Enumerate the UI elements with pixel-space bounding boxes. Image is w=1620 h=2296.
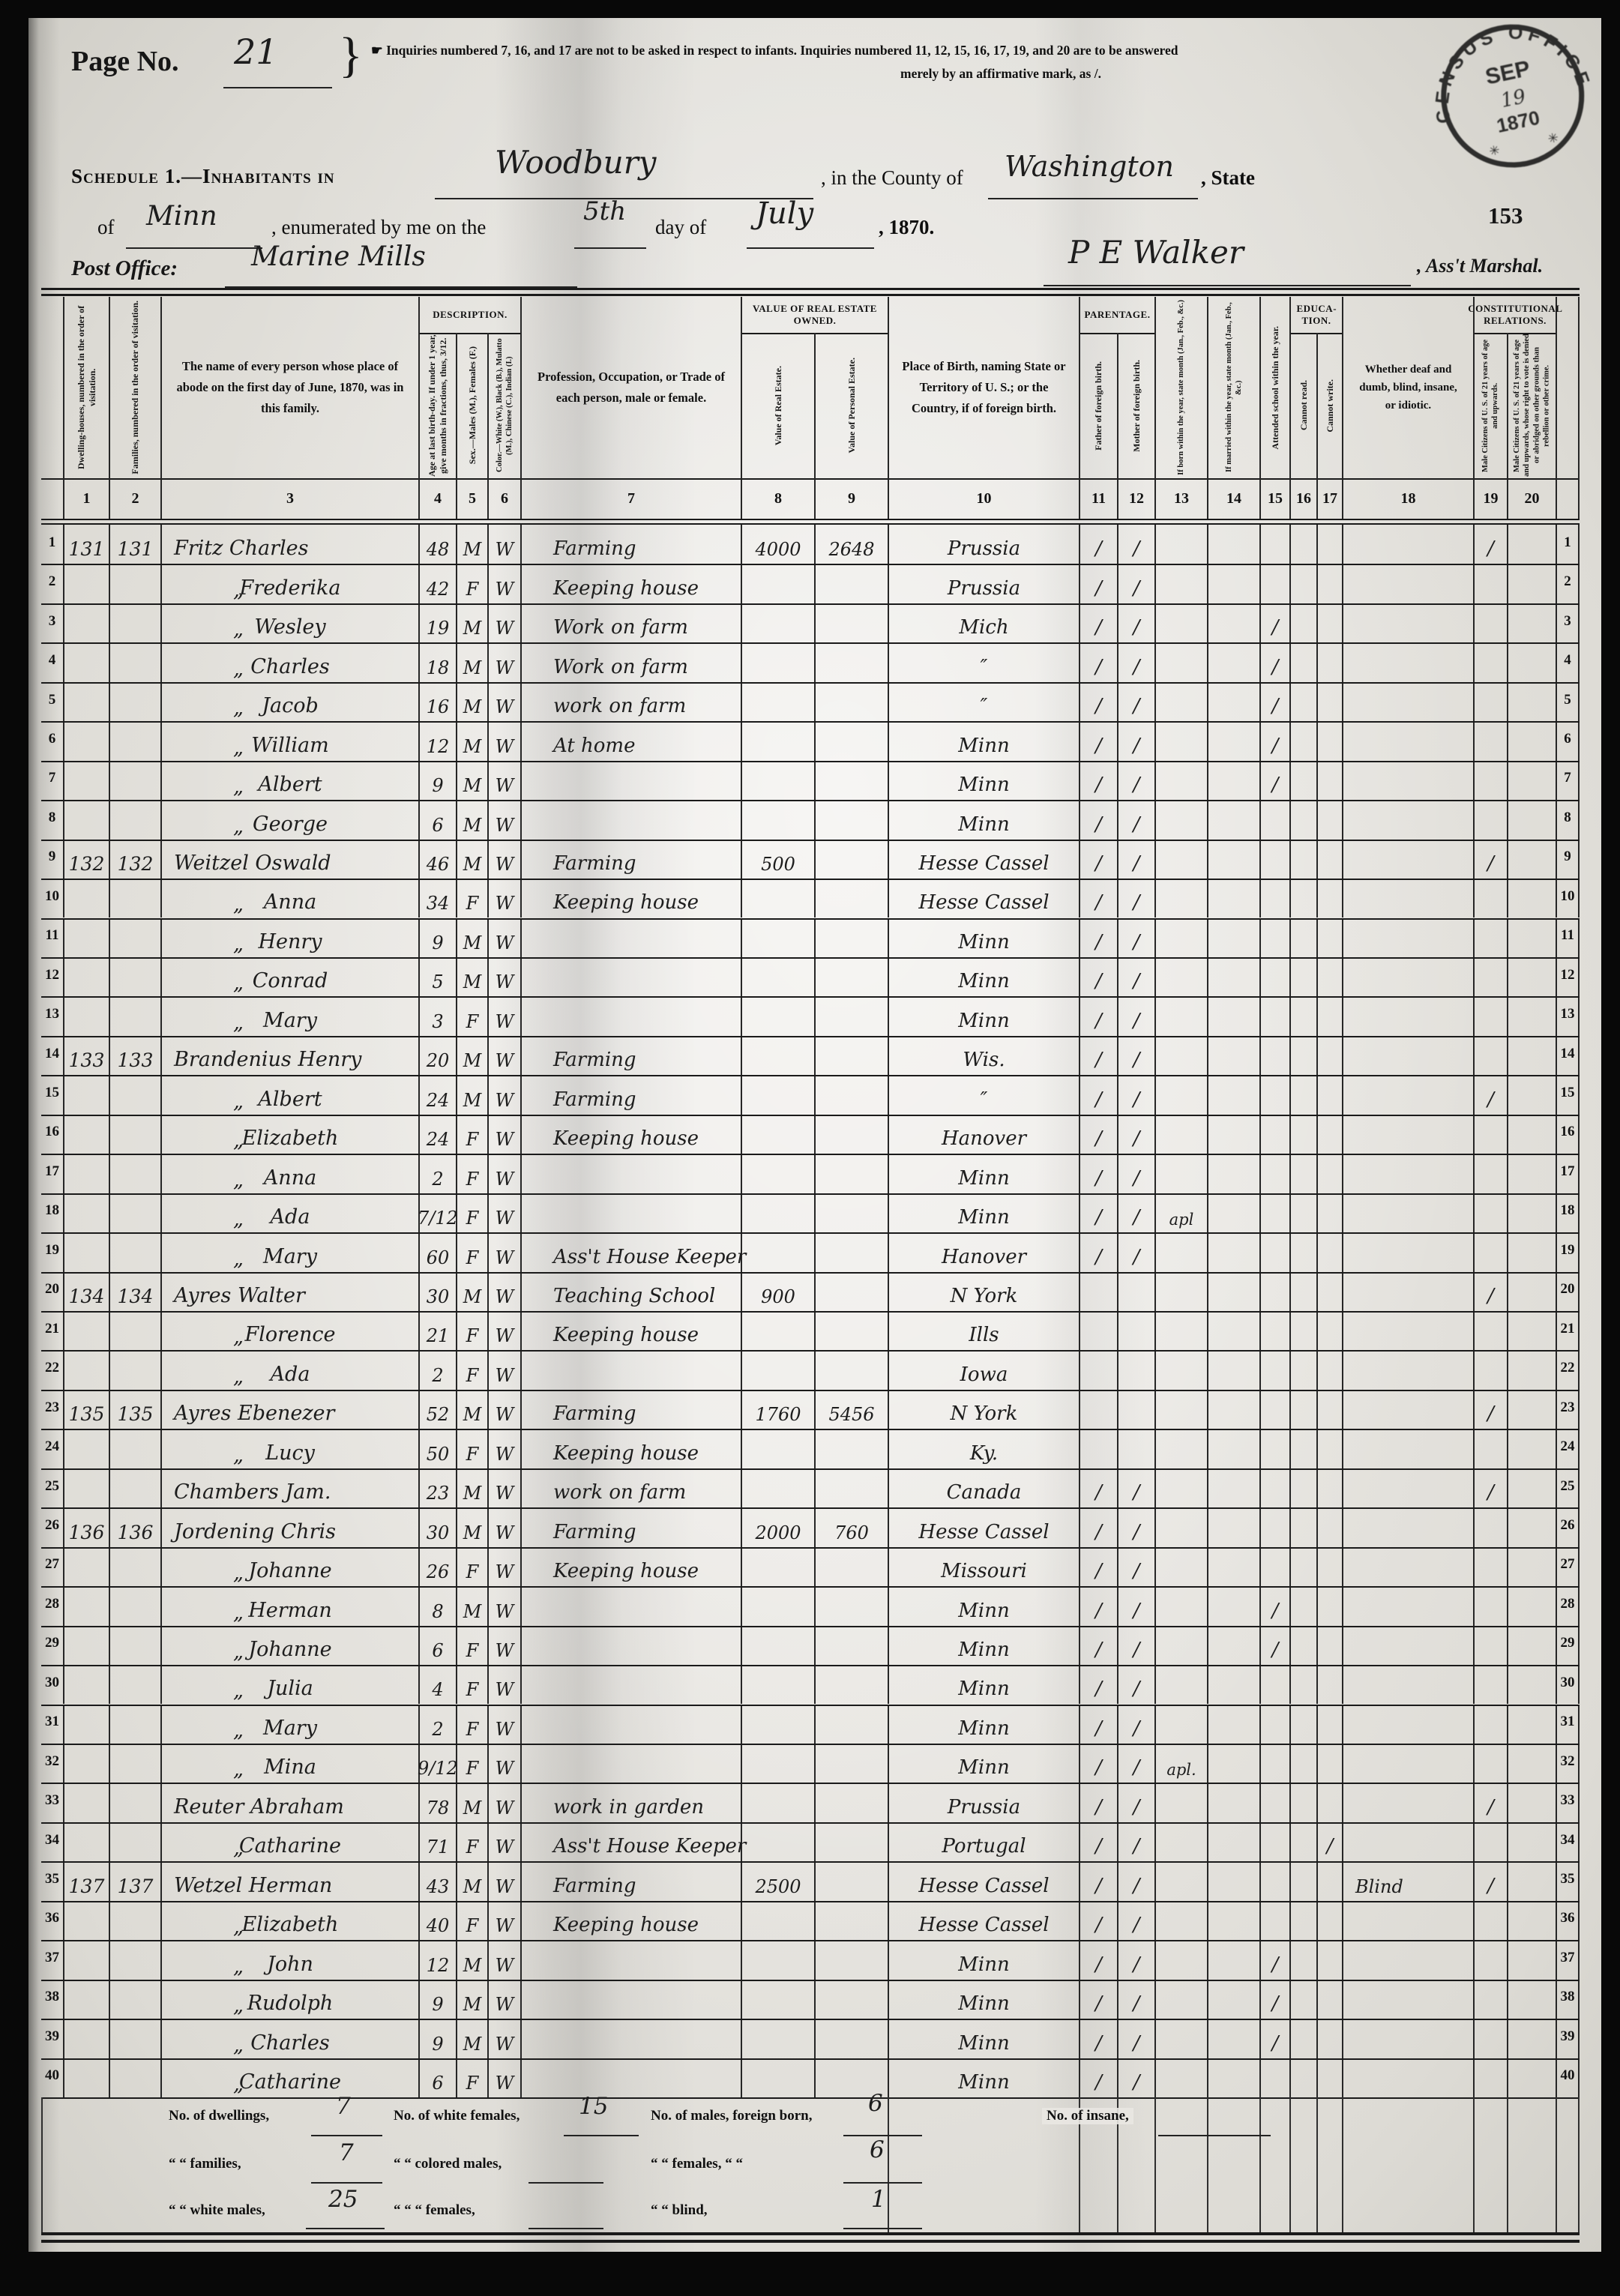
sum-insane-label: No. of insane,	[1042, 2108, 1133, 2124]
sum-males-foreign-value: 6	[868, 2090, 883, 2117]
cell-r32-dw	[64, 1744, 110, 1783]
cell-r40-color: W	[489, 2058, 522, 2097]
col-header-7: Profession, Occupation, or Trade of each…	[522, 297, 742, 478]
cell-r9-deaf	[1343, 840, 1475, 879]
cell-r21-fam	[110, 1311, 162, 1350]
row-number-left: 13	[41, 996, 64, 1035]
cell-r36-fam	[110, 1901, 162, 1940]
cell-r12-pers	[816, 957, 889, 996]
row-number-right: 14	[1557, 1036, 1580, 1075]
col-number-8: 8	[742, 478, 816, 519]
rule	[41, 1744, 1580, 1745]
cell-r14-married	[1208, 1036, 1261, 1075]
cell-r8-birth: Minn	[889, 800, 1080, 839]
cell-r34-citizen	[1475, 1822, 1508, 1861]
cell-r40-dw	[64, 2058, 110, 2097]
cell-r24-married	[1208, 1429, 1261, 1468]
cell-r3-married	[1208, 603, 1261, 642]
cell-r38-citizen	[1475, 1980, 1508, 2019]
cell-r23-married	[1208, 1390, 1261, 1429]
cell-r17-father: /	[1080, 1154, 1118, 1193]
cell-r33-color: W	[489, 1783, 522, 1822]
cell-r3-dw	[64, 603, 110, 642]
cell-r31-fam	[110, 1705, 162, 1744]
cell-r28-dw	[64, 1586, 110, 1625]
cell-r33-read	[1291, 1783, 1318, 1822]
cell-r37-fam	[110, 1940, 162, 1979]
cell-r34-color: W	[489, 1822, 522, 1861]
marshal-label: , Ass't Marshal.	[1417, 255, 1543, 277]
cell-r31-birth: Minn	[889, 1705, 1080, 1744]
cell-r7-married	[1208, 761, 1261, 800]
cell-r8-father: /	[1080, 800, 1118, 839]
cell-r3-born	[1156, 603, 1208, 642]
cell-r40-age: 6	[420, 2058, 457, 2097]
cell-r2-father: /	[1080, 564, 1118, 603]
rule	[41, 1154, 1580, 1155]
cell-r12-born	[1156, 957, 1208, 996]
corner-cell	[41, 297, 64, 478]
cell-r38-fam	[110, 1980, 162, 2019]
cell-r23-pers: 5456	[816, 1390, 889, 1429]
scan-edge-left	[0, 0, 28, 2296]
cell-r4-birth: ″	[889, 642, 1080, 681]
cell-r16-citizen	[1475, 1115, 1508, 1154]
cell-r11-deaf	[1343, 918, 1475, 957]
col-number-5: 5	[457, 478, 489, 519]
cell-r15-occ: Farming	[522, 1075, 742, 1114]
row-number-right: 2	[1557, 564, 1580, 603]
cell-r28-sex: M	[457, 1586, 489, 1625]
cell-r37-sex: M	[457, 1940, 489, 1979]
cell-r38-dw	[64, 1980, 110, 2019]
cell-r5-dw	[64, 682, 110, 721]
col-header-17: Cannot write.	[1318, 333, 1343, 478]
cell-r4-married	[1208, 642, 1261, 681]
cell-r39-fam	[110, 2019, 162, 2058]
cell-r32-citizen	[1475, 1744, 1508, 1783]
cell-r24-age: 50	[420, 1429, 457, 1468]
cell-r9-school	[1261, 840, 1291, 879]
cell-r38-mother: /	[1118, 1980, 1156, 2019]
cell-r12-occ	[522, 957, 742, 996]
cell-r31-citizen	[1475, 1705, 1508, 1744]
cell-r14-sex: M	[457, 1036, 489, 1075]
cell-r35-dw: 137	[64, 1861, 110, 1900]
cell-r33-sex: M	[457, 1783, 489, 1822]
col-number-12: 12	[1118, 478, 1156, 519]
sum-dwellings-label: No. of dwellings,	[169, 2108, 269, 2124]
cell-r18-mother: /	[1118, 1193, 1156, 1232]
row-number-left: 39	[41, 2019, 64, 2058]
col-header-19: Male Citizens of U. S. of 21 years of ag…	[1475, 333, 1508, 478]
cell-r37-denied	[1508, 1940, 1557, 1979]
cell-r28-age: 8	[420, 1586, 457, 1625]
cell-r15-denied	[1508, 1075, 1557, 1114]
rule	[41, 288, 1580, 290]
cell-r19-birth: Hanover	[889, 1232, 1080, 1271]
cell-r8-real	[742, 800, 816, 839]
cell-r32-mother: /	[1118, 1744, 1156, 1783]
cell-r14-age: 20	[420, 1036, 457, 1075]
rule	[41, 294, 1580, 296]
group-header-1: DESCRIPTION.	[420, 297, 522, 333]
cell-r3-citizen	[1475, 603, 1508, 642]
cell-r12-mother: /	[1118, 957, 1156, 996]
cell-r5-born	[1156, 682, 1208, 721]
cell-r26-school	[1261, 1507, 1291, 1546]
cell-r19-real	[742, 1232, 816, 1271]
cell-r39-write	[1318, 2019, 1343, 2058]
row-number-left: 18	[41, 1193, 64, 1232]
cell-r2-pers	[816, 564, 889, 603]
cell-r26-denied	[1508, 1507, 1557, 1546]
cell-r11-color: W	[489, 918, 522, 957]
rule	[41, 519, 1580, 520]
cell-r38-real	[742, 1980, 816, 2019]
cell-r39-age: 9	[420, 2019, 457, 2058]
cell-r30-name: „Julia	[162, 1665, 420, 1704]
cell-r6-dw	[64, 721, 110, 760]
cell-r14-real	[742, 1036, 816, 1075]
note-line1: ☛ Inquiries numbered 7, 16, and 17 are n…	[371, 43, 1178, 58]
cell-r30-real	[742, 1665, 816, 1704]
cell-r36-birth: Hesse Cassel	[889, 1901, 1080, 1940]
cell-r19-write	[1318, 1232, 1343, 1271]
cell-r32-school	[1261, 1744, 1291, 1783]
stamp-star-right: ✳	[1547, 130, 1560, 147]
enumerated-label: , enumerated by me on the	[271, 216, 486, 239]
row-number-left: 23	[41, 1390, 64, 1429]
cell-r8-denied	[1508, 800, 1557, 839]
col-number-7: 7	[522, 478, 742, 519]
col-header-18: Whether deaf and dumb, blind, insane, or…	[1343, 297, 1475, 478]
cell-r11-sex: M	[457, 918, 489, 957]
row-number-right: 22	[1557, 1350, 1580, 1389]
cell-r33-citizen: /	[1475, 1783, 1508, 1822]
cell-r11-dw	[64, 918, 110, 957]
col-number-9: 9	[816, 478, 889, 519]
cell-r30-age: 4	[420, 1665, 457, 1704]
cell-r5-color: W	[489, 682, 522, 721]
summary-grid-line	[1207, 2097, 1208, 2232]
cell-r13-real	[742, 996, 816, 1035]
cell-r8-age: 6	[420, 800, 457, 839]
rule	[41, 1861, 1580, 1863]
cell-r28-mother: /	[1118, 1586, 1156, 1625]
cell-r11-citizen	[1475, 918, 1508, 957]
cell-r25-fam	[110, 1468, 162, 1507]
cell-r34-dw	[64, 1822, 110, 1861]
cell-r37-born	[1156, 1940, 1208, 1979]
rule	[41, 721, 1580, 723]
cell-r40-occ	[522, 2058, 742, 2097]
cell-r19-school	[1261, 1232, 1291, 1271]
cell-r21-citizen	[1475, 1311, 1508, 1350]
cell-r3-occ: Work on farm	[522, 603, 742, 642]
cell-r31-sex: F	[457, 1705, 489, 1744]
cell-r16-pers	[816, 1115, 889, 1154]
sum-females-label: “ “ “ females,	[394, 2202, 475, 2219]
place-value: Woodbury	[495, 144, 657, 181]
cell-r26-occ: Farming	[522, 1507, 742, 1546]
row-number-right: 10	[1557, 879, 1580, 918]
cell-r10-dw	[64, 879, 110, 918]
cell-r37-mother: /	[1118, 1940, 1156, 1979]
cell-r27-mother: /	[1118, 1547, 1156, 1586]
cell-r35-married	[1208, 1861, 1261, 1900]
row-number-left: 37	[41, 1940, 64, 1979]
summary-grid-line	[1289, 2097, 1291, 2232]
cell-r12-age: 5	[420, 957, 457, 996]
cell-r34-born	[1156, 1822, 1208, 1861]
cell-r36-read	[1291, 1901, 1318, 1940]
cell-r17-sex: F	[457, 1154, 489, 1193]
row-number-left: 5	[41, 682, 64, 721]
cell-r23-name: Ayres Ebenezer	[162, 1390, 420, 1429]
cell-r11-school	[1261, 918, 1291, 957]
summary-grid-line	[1507, 2097, 1508, 2232]
cell-r10-father: /	[1080, 879, 1118, 918]
cell-r15-citizen: /	[1475, 1075, 1508, 1114]
cell-r6-denied	[1508, 721, 1557, 760]
cell-r3-birth: Mich	[889, 603, 1080, 642]
cell-r31-school	[1261, 1705, 1291, 1744]
sum-white-males-label: “ “ white males,	[169, 2202, 265, 2219]
schedule-title: Schedule 1.—Inhabitants in	[71, 165, 335, 188]
cell-r6-pers	[816, 721, 889, 760]
cell-r27-age: 26	[420, 1547, 457, 1586]
cell-r38-deaf	[1343, 1980, 1475, 2019]
cell-r38-sex: M	[457, 1980, 489, 2019]
cell-r30-fam	[110, 1665, 162, 1704]
cell-r40-school	[1261, 2058, 1291, 2097]
col-number-19: 19	[1475, 478, 1508, 519]
cell-r22-citizen	[1475, 1350, 1508, 1389]
cell-r17-mother: /	[1118, 1154, 1156, 1193]
cell-r18-read	[1291, 1193, 1318, 1232]
cell-r23-denied	[1508, 1390, 1557, 1429]
cell-r14-school	[1261, 1036, 1291, 1075]
cell-r2-read	[1291, 564, 1318, 603]
cell-r5-real	[742, 682, 816, 721]
row-number-right: 21	[1557, 1311, 1580, 1350]
cell-r20-deaf	[1343, 1272, 1475, 1311]
cell-r4-father: /	[1080, 642, 1118, 681]
row-number-right: 4	[1557, 642, 1580, 681]
cell-r15-born	[1156, 1075, 1208, 1114]
col-header-12: Mother of foreign birth.	[1118, 333, 1156, 478]
cell-r7-denied	[1508, 761, 1557, 800]
cell-r26-write	[1318, 1507, 1343, 1546]
stamp-year: 1870	[1495, 106, 1542, 137]
cell-r16-occ: Keeping house	[522, 1115, 742, 1154]
cell-r25-dw	[64, 1468, 110, 1507]
summary-grid-line	[1259, 2097, 1261, 2232]
row-number-left: 17	[41, 1154, 64, 1193]
cell-r9-pers	[816, 840, 889, 879]
col-header-14: If married within the year, state month …	[1208, 297, 1261, 478]
cell-r26-born	[1156, 1507, 1208, 1546]
rule	[41, 1705, 1580, 1706]
col-number-2: 2	[110, 478, 162, 519]
cell-r31-name: „Mary	[162, 1705, 420, 1744]
cell-r37-father: /	[1080, 1940, 1118, 1979]
rule	[41, 2097, 1580, 2099]
cell-r16-sex: F	[457, 1115, 489, 1154]
cell-r35-school	[1261, 1861, 1291, 1900]
cell-r24-father	[1080, 1429, 1118, 1468]
rule	[41, 1822, 1580, 1824]
cell-r27-read	[1291, 1547, 1318, 1586]
rule	[41, 2019, 1580, 2020]
cell-r19-name: „Mary	[162, 1232, 420, 1271]
cell-r10-read	[1291, 879, 1318, 918]
cell-r2-name: „Frederika	[162, 564, 420, 603]
cell-r8-married	[1208, 800, 1261, 839]
cell-r2-age: 42	[420, 564, 457, 603]
row-number-right: 6	[1557, 721, 1580, 760]
cell-r13-father: /	[1080, 996, 1118, 1035]
cell-r27-pers	[816, 1547, 889, 1586]
cell-r5-read	[1291, 682, 1318, 721]
cell-r25-citizen: /	[1475, 1468, 1508, 1507]
cell-r9-color: W	[489, 840, 522, 879]
cell-r26-dw: 136	[64, 1507, 110, 1546]
cell-r13-deaf	[1343, 996, 1475, 1035]
row-number-right: 1	[1557, 525, 1580, 564]
cell-r19-age: 60	[420, 1232, 457, 1271]
cell-r24-school	[1261, 1429, 1291, 1468]
cell-r17-write	[1318, 1154, 1343, 1193]
cell-r31-read	[1291, 1705, 1318, 1744]
cell-r22-birth: Iowa	[889, 1350, 1080, 1389]
cell-r9-born	[1156, 840, 1208, 879]
cell-r19-occ: Ass't House Keeper	[522, 1232, 742, 1271]
cell-r28-write	[1318, 1586, 1343, 1625]
cell-r1-deaf	[1343, 525, 1475, 564]
row-number-right: 30	[1557, 1665, 1580, 1704]
cell-r35-citizen: /	[1475, 1861, 1508, 1900]
cell-r39-married	[1208, 2019, 1261, 2058]
cell-r22-denied	[1508, 1350, 1557, 1389]
cell-r22-fam	[110, 1350, 162, 1389]
cell-r39-name: „Charles	[162, 2019, 420, 2058]
cell-r2-color: W	[489, 564, 522, 603]
cell-r22-color: W	[489, 1350, 522, 1389]
cell-r37-citizen	[1475, 1940, 1508, 1979]
cell-r38-name: „Rudolph	[162, 1980, 420, 2019]
cell-r28-born	[1156, 1586, 1208, 1625]
cell-r18-born: apl	[1156, 1193, 1208, 1232]
cell-r26-birth: Hesse Cassel	[889, 1507, 1080, 1546]
cell-r24-fam	[110, 1429, 162, 1468]
summary-grid-line	[1578, 2097, 1580, 2232]
rule	[41, 1980, 1580, 1981]
cell-r39-born	[1156, 2019, 1208, 2058]
cell-r17-school	[1261, 1154, 1291, 1193]
col-number-18: 18	[1343, 478, 1475, 519]
cell-r12-read	[1291, 957, 1318, 996]
cell-r27-color: W	[489, 1547, 522, 1586]
cell-r8-fam	[110, 800, 162, 839]
cell-r36-write	[1318, 1901, 1343, 1940]
cell-r13-color: W	[489, 996, 522, 1035]
cell-r30-denied	[1508, 1665, 1557, 1704]
cell-r2-born	[1156, 564, 1208, 603]
row-number-left: 28	[41, 1586, 64, 1625]
cell-r5-occ: work on farm	[522, 682, 742, 721]
cell-r29-school: /	[1261, 1626, 1291, 1665]
cell-r15-dw	[64, 1075, 110, 1114]
cell-r29-married	[1208, 1626, 1261, 1665]
cell-r1-fam: 131	[110, 525, 162, 564]
sum-colored-males-label: “ “ colored males,	[394, 2156, 502, 2172]
census-sheet: Page No. 21 } ☛ Inquiries numbered 7, 16…	[0, 0, 1620, 2296]
cell-r20-sex: M	[457, 1272, 489, 1311]
cell-r33-married	[1208, 1783, 1261, 1822]
cell-r5-father: /	[1080, 682, 1118, 721]
cell-r40-write	[1318, 2058, 1343, 2097]
cell-r17-fam	[110, 1154, 162, 1193]
sum-dwellings-value: 7	[336, 2093, 351, 2120]
cell-r6-born	[1156, 721, 1208, 760]
cell-r18-married	[1208, 1193, 1261, 1232]
col-header-16: Cannot read.	[1291, 333, 1318, 478]
cell-r3-father: /	[1080, 603, 1118, 642]
row-number-left: 11	[41, 918, 64, 957]
cell-r31-age: 2	[420, 1705, 457, 1744]
cell-r26-mother: /	[1118, 1507, 1156, 1546]
cell-r19-citizen	[1475, 1232, 1508, 1271]
cell-r4-school: /	[1261, 642, 1291, 681]
cell-r36-born	[1156, 1901, 1208, 1940]
cell-r16-birth: Hanover	[889, 1115, 1080, 1154]
cell-r36-deaf	[1343, 1901, 1475, 1940]
cell-r3-pers	[816, 603, 889, 642]
cell-r18-father: /	[1080, 1193, 1118, 1232]
cell-r8-write	[1318, 800, 1343, 839]
cell-r22-school	[1261, 1350, 1291, 1389]
cell-r23-occ: Farming	[522, 1390, 742, 1429]
group-header-5: CONSTITUTIONAL RELATIONS.	[1475, 297, 1557, 333]
rule	[41, 1586, 1580, 1588]
cell-r4-sex: M	[457, 642, 489, 681]
cell-r12-color: W	[489, 957, 522, 996]
rule	[41, 2240, 1580, 2243]
cell-r1-born	[1156, 525, 1208, 564]
cell-r33-birth: Prussia	[889, 1783, 1080, 1822]
row-number-right: 31	[1557, 1705, 1580, 1744]
cell-r36-denied	[1508, 1901, 1557, 1940]
cell-r37-deaf	[1343, 1940, 1475, 1979]
cell-r4-deaf	[1343, 642, 1475, 681]
cell-r28-real	[742, 1586, 816, 1625]
rule	[41, 1940, 1580, 1941]
cell-r24-birth: Ky.	[889, 1429, 1080, 1468]
cell-r26-name: Jordening Chris	[162, 1507, 420, 1546]
cell-r5-pers	[816, 682, 889, 721]
cell-r15-pers	[816, 1075, 889, 1114]
cell-r28-citizen	[1475, 1586, 1508, 1625]
cell-r32-occ	[522, 1744, 742, 1783]
cell-r11-pers	[816, 918, 889, 957]
cell-r15-married	[1208, 1075, 1261, 1114]
cell-r25-age: 23	[420, 1468, 457, 1507]
cell-r18-real	[742, 1193, 816, 1232]
cell-r40-deaf	[1343, 2058, 1475, 2097]
cell-r23-age: 52	[420, 1390, 457, 1429]
